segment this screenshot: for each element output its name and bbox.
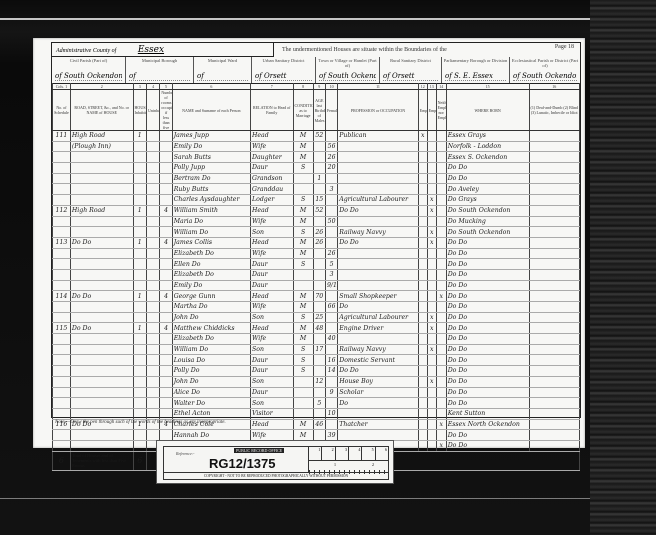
- age-female: 20: [325, 163, 337, 174]
- ruler-label: 4: [349, 447, 362, 460]
- occupation: Domestic Servant: [338, 355, 419, 366]
- census-row: Alice DoDaur9ScholarDo Do: [53, 387, 580, 398]
- district-civil-parish: Civil Parish (Part of)of South Ockendon: [52, 57, 126, 83]
- district-value: of South Ockendon: [319, 72, 376, 81]
- address: [70, 344, 133, 355]
- district-rural-sanitary: Rural Sanitary Districtof Orsett: [380, 57, 442, 83]
- houses-inhabited: 1: [133, 237, 146, 248]
- occupation: Do Do: [338, 205, 419, 216]
- occupation: [338, 334, 419, 345]
- relation: Daur: [251, 366, 294, 377]
- houses-uninhabited: [146, 366, 159, 377]
- houses-uninhabited: [146, 408, 159, 419]
- houses-inhabited: [133, 376, 146, 387]
- infirmity: [529, 259, 579, 270]
- condition: M: [293, 291, 313, 302]
- infirmity: [529, 163, 579, 174]
- address: [70, 280, 133, 291]
- occupation: [338, 280, 419, 291]
- district-municipal-ward: Municipal Wardof: [194, 57, 252, 83]
- address: [70, 440, 133, 451]
- age-male: 46: [313, 419, 325, 430]
- employer-mark: [418, 163, 427, 174]
- relation: Wife: [251, 302, 294, 313]
- condition: M: [293, 152, 313, 163]
- infirmity: [529, 141, 579, 152]
- age-female: 50: [325, 216, 337, 227]
- rooms: [160, 184, 172, 195]
- address: [70, 355, 133, 366]
- age-male: 15: [313, 195, 325, 206]
- neither-mark: [436, 280, 446, 291]
- neither-mark: x: [436, 419, 446, 430]
- occupation: House Boy: [338, 376, 419, 387]
- birthplace: Do Do: [446, 237, 529, 248]
- schedule-number: [53, 152, 71, 163]
- relation: Wife: [251, 216, 294, 227]
- age-female: 40: [325, 334, 337, 345]
- schedule-number: [53, 376, 71, 387]
- relation: Visitor: [251, 408, 294, 419]
- address: [70, 173, 133, 184]
- condition: S: [293, 355, 313, 366]
- age-male: 26: [313, 227, 325, 238]
- census-form: Administrative County of Essex The under…: [51, 42, 581, 418]
- occupation: Agricultural Labourer: [338, 312, 419, 323]
- neither-mark: [436, 323, 446, 334]
- rooms: [160, 195, 172, 206]
- district-row: Civil Parish (Part of)of South Ockendon …: [52, 57, 580, 84]
- condition: M: [293, 302, 313, 313]
- infirmity: [529, 237, 579, 248]
- infirmity: [529, 355, 579, 366]
- infirmity: [529, 366, 579, 377]
- address: [70, 408, 133, 419]
- rooms: [160, 376, 172, 387]
- census-row: Walter DoSon5DoDo Do: [53, 398, 580, 409]
- condition: M: [293, 323, 313, 334]
- houses-inhabited: 1: [133, 291, 146, 302]
- relation: Lodger: [251, 195, 294, 206]
- relation: Wife: [251, 334, 294, 345]
- employed-mark: [427, 163, 436, 174]
- age-female: 3: [325, 269, 337, 280]
- neither-mark: [436, 195, 446, 206]
- infirmity: [529, 205, 579, 216]
- birthplace: Do Do: [446, 291, 529, 302]
- address: [70, 334, 133, 345]
- houses-inhabited: [133, 216, 146, 227]
- neither-mark: [436, 141, 446, 152]
- employer-mark: [418, 344, 427, 355]
- relation: Daur: [251, 163, 294, 174]
- census-row: 113Do Do14James CollisHeadM26Do DoxDo Do: [53, 237, 580, 248]
- address: [70, 227, 133, 238]
- census-row: 112High Road14William SmithHeadM52Do Dox…: [53, 205, 580, 216]
- neither-mark: [436, 163, 446, 174]
- age-male: [313, 259, 325, 270]
- reference-card-frame: Reference:- PUBLIC RECORD OFFICE RG12/13…: [163, 446, 389, 480]
- infirmity: [529, 131, 579, 142]
- infirmity: [529, 408, 579, 419]
- occupation: Small Shopkeeper: [338, 291, 419, 302]
- rooms: [160, 344, 172, 355]
- neither-mark: [436, 131, 446, 142]
- houses-uninhabited: [146, 280, 159, 291]
- infirmity: [529, 398, 579, 409]
- address: [70, 216, 133, 227]
- employed-mark: [427, 248, 436, 259]
- schedule-number: [53, 227, 71, 238]
- census-row: Ellen DoDaurS5Do Do: [53, 259, 580, 270]
- person-name: Polly Do: [172, 366, 250, 377]
- rooms: [160, 398, 172, 409]
- employed-mark: x: [427, 312, 436, 323]
- relation: Head: [251, 205, 294, 216]
- birthplace: Do Do: [446, 173, 529, 184]
- address: [70, 376, 133, 387]
- employer-mark: [418, 440, 427, 451]
- employer-mark: [418, 312, 427, 323]
- houses-inhabited: [133, 387, 146, 398]
- schedule-number: [53, 440, 71, 451]
- infirmity: [529, 302, 579, 313]
- admin-county: Administrative County of Essex: [52, 43, 274, 57]
- neither-mark: [436, 302, 446, 313]
- age-female: 10: [325, 408, 337, 419]
- employer-mark: [418, 366, 427, 377]
- relation: Wife: [251, 141, 294, 152]
- address: [70, 195, 133, 206]
- person-name: Sarah Butts: [172, 152, 250, 163]
- schedule-number: [53, 344, 71, 355]
- person-name: Elizabeth Do: [172, 269, 250, 280]
- census-row: 111High Road1James JuppHeadM52PublicanxE…: [53, 131, 580, 142]
- employed-mark: [427, 440, 436, 451]
- infirmity: [529, 344, 579, 355]
- condition: [293, 173, 313, 184]
- age-male: [313, 163, 325, 174]
- age-male: [313, 408, 325, 419]
- rooms: [160, 408, 172, 419]
- census-row: Elizabeth DoWifeM26Do Do: [53, 248, 580, 259]
- age-male: 70: [313, 291, 325, 302]
- condition: [293, 184, 313, 195]
- employed-mark: [427, 291, 436, 302]
- person-name: Ethel Acton: [172, 408, 250, 419]
- district-value: of: [197, 72, 248, 81]
- neither-mark: x: [436, 291, 446, 302]
- total-schedules: 6: [53, 451, 71, 470]
- relation: Daur: [251, 387, 294, 398]
- district-label: Civil Parish (Part of): [52, 58, 125, 63]
- relation: Son: [251, 398, 294, 409]
- houses-uninhabited: [146, 152, 159, 163]
- rooms: [160, 259, 172, 270]
- condition: M: [293, 237, 313, 248]
- rooms: [160, 269, 172, 280]
- employed-mark: [427, 334, 436, 345]
- employer-mark: [418, 216, 427, 227]
- infirmity: [529, 248, 579, 259]
- houses-inhabited: [133, 227, 146, 238]
- district-value: of South Ockendon: [55, 72, 122, 81]
- schedule-number: 112: [53, 205, 71, 216]
- census-row: Bertram DoGrandson1Do Do: [53, 173, 580, 184]
- occupation: Do: [338, 398, 419, 409]
- column-header: NAME and Surname of each Person: [172, 90, 250, 131]
- census-row: John DoSonS25Agricultural LabourerxDo Do: [53, 312, 580, 323]
- neither-mark: [436, 408, 446, 419]
- employer-mark: [418, 291, 427, 302]
- infirmity: [529, 195, 579, 206]
- ruler-label: 5: [362, 447, 375, 460]
- houses-inhabited: [133, 248, 146, 259]
- census-row: (Plough Inn)Emily DoWifeM56Norfolk - Lod…: [53, 141, 580, 152]
- employed-mark: x: [427, 237, 436, 248]
- relation: Wife: [251, 430, 294, 441]
- occupation: [338, 259, 419, 270]
- employer-mark: [418, 376, 427, 387]
- houses-inhabited: [133, 269, 146, 280]
- employed-mark: [427, 430, 436, 441]
- person-name: William Do: [172, 227, 250, 238]
- birthplace: Do Do: [446, 248, 529, 259]
- condition: M: [293, 334, 313, 345]
- employed-mark: x: [427, 205, 436, 216]
- schedule-number: [53, 366, 71, 377]
- age-male: 17: [313, 344, 325, 355]
- condition: M: [293, 248, 313, 259]
- neither-mark: [436, 237, 446, 248]
- person-name: Ruby Butts: [172, 184, 250, 195]
- neither-mark: [436, 355, 446, 366]
- census-row: William DoSonS26Railway NavvyxDo South O…: [53, 227, 580, 238]
- occupation: [338, 152, 419, 163]
- rooms: [160, 312, 172, 323]
- person-name: James Jupp: [172, 131, 250, 142]
- census-row: Maria DoWifeM50Do Mucking: [53, 216, 580, 227]
- infirmity: [529, 419, 579, 430]
- employer-mark: x: [418, 131, 427, 142]
- column-header: Employer: [418, 90, 427, 131]
- employed-mark: x: [427, 323, 436, 334]
- houses-uninhabited: [146, 302, 159, 313]
- age-male: [313, 248, 325, 259]
- district-label: Municipal Ward: [194, 58, 251, 63]
- houses-uninhabited: [146, 141, 159, 152]
- person-name: Martha Do: [172, 302, 250, 313]
- employer-mark: [418, 302, 427, 313]
- age-female: [325, 131, 337, 142]
- relation: Daur: [251, 355, 294, 366]
- district-label: Parliamentary Borough or Division: [442, 58, 509, 63]
- employed-mark: [427, 398, 436, 409]
- birthplace: Norfolk - Loddon: [446, 141, 529, 152]
- census-row: 114Do Do14George GunnHeadM70Small Shopke…: [53, 291, 580, 302]
- birthplace: Do Do: [446, 312, 529, 323]
- rooms: [160, 227, 172, 238]
- infirmity: [529, 376, 579, 387]
- employer-mark: [418, 280, 427, 291]
- person-name: Polly Jupp: [172, 163, 250, 174]
- employer-mark: [418, 430, 427, 441]
- infirmity: [529, 323, 579, 334]
- age-male: 5: [313, 398, 325, 409]
- condition: S: [293, 195, 313, 206]
- houses-uninhabited: [146, 323, 159, 334]
- address: [70, 398, 133, 409]
- birthplace: Do Do: [446, 344, 529, 355]
- houses-inhabited: [133, 173, 146, 184]
- census-row: Sarah ButtsDaughterM26Essex S. Ockendon: [53, 152, 580, 163]
- census-row: Martha DoWifeM66DoDo Do: [53, 302, 580, 313]
- infirmity: [529, 291, 579, 302]
- employer-mark: [418, 323, 427, 334]
- person-name: Ellen Do: [172, 259, 250, 270]
- employed-mark: [427, 302, 436, 313]
- neither-mark: [436, 376, 446, 387]
- infirmity: [529, 227, 579, 238]
- houses-inhabited: 1: [133, 205, 146, 216]
- address: [70, 259, 133, 270]
- district-parliamentary: Parliamentary Borough or Divisionof S. E…: [442, 57, 510, 83]
- address: (Plough Inn): [70, 141, 133, 152]
- birthplace: Do Do: [446, 440, 529, 451]
- census-table: Cols. 12345678910111213141516 No. of Sch…: [52, 83, 580, 471]
- column-header: WHERE BORN: [446, 90, 529, 131]
- condition: S: [293, 163, 313, 174]
- condition: M: [293, 430, 313, 441]
- houses-uninhabited: [146, 131, 159, 142]
- district-value: of South Ockendon: [513, 72, 577, 81]
- condition: [293, 387, 313, 398]
- census-row: Ethel ActonVisitor10Kent Sutton: [53, 408, 580, 419]
- houses-uninhabited: [146, 312, 159, 323]
- ruler-cm-scale: 123456: [309, 447, 389, 461]
- rooms: 4: [160, 323, 172, 334]
- census-row: Charles AysdaughterLodgerS15Agricultural…: [53, 195, 580, 206]
- reference-number: RG12/1375: [209, 456, 276, 471]
- person-name: Hannah Do: [172, 430, 250, 441]
- neither-mark: x: [436, 440, 446, 451]
- column-header: (1) Deaf-and-Dumb (2) Blind (3) Lunatic,…: [529, 90, 579, 131]
- houses-inhabited: [133, 398, 146, 409]
- condition: [293, 398, 313, 409]
- employer-mark: [418, 419, 427, 430]
- employer-mark: [418, 398, 427, 409]
- schedule-number: [53, 269, 71, 280]
- relation: Daur: [251, 269, 294, 280]
- person-name: Maria Do: [172, 216, 250, 227]
- houses-uninhabited: [146, 227, 159, 238]
- ruler-label: 1: [334, 462, 336, 467]
- age-male: 52: [313, 131, 325, 142]
- relation: Grandson: [251, 173, 294, 184]
- houses-inhabited: [133, 408, 146, 419]
- column-header: Uninhabited: [146, 90, 159, 131]
- ruler-label: 2: [322, 447, 335, 460]
- age-male: [313, 355, 325, 366]
- infirmity: [529, 430, 579, 441]
- neither-mark: [436, 430, 446, 441]
- person-name: Matthew Chiddicks: [172, 323, 250, 334]
- houses-inhabited: [133, 259, 146, 270]
- district-label: Municipal Borough: [126, 58, 193, 63]
- neither-mark: [436, 344, 446, 355]
- employer-mark: [418, 227, 427, 238]
- address: [70, 302, 133, 313]
- employer-mark: [418, 173, 427, 184]
- employed-mark: x: [427, 344, 436, 355]
- employed-mark: [427, 216, 436, 227]
- age-male: [313, 280, 325, 291]
- employer-mark: [418, 408, 427, 419]
- ruler-label: 1: [309, 447, 322, 460]
- birthplace: Do Do: [446, 355, 529, 366]
- occupation: Do Do: [338, 237, 419, 248]
- person-name: James Collis: [172, 237, 250, 248]
- schedule-number: [53, 398, 71, 409]
- employed-mark: [427, 259, 436, 270]
- age-female: 56: [325, 141, 337, 152]
- employed-mark: [427, 131, 436, 142]
- occupation: Do Do: [338, 366, 419, 377]
- age-male: [313, 387, 325, 398]
- birthplace: Do Do: [446, 387, 529, 398]
- address: [70, 269, 133, 280]
- age-female: [325, 398, 337, 409]
- admin-county-label: Administrative County of: [56, 48, 116, 54]
- rooms: [160, 216, 172, 227]
- census-row: Ruby ButtsGranddau3Do Aveley: [53, 184, 580, 195]
- schedule-number: [53, 280, 71, 291]
- page-number: Page 18: [555, 44, 574, 50]
- houses-uninhabited: [146, 163, 159, 174]
- infirmity: [529, 173, 579, 184]
- birthplace: Do Do: [446, 323, 529, 334]
- houses-inhabited: [133, 195, 146, 206]
- condition: M: [293, 205, 313, 216]
- condition: S: [293, 366, 313, 377]
- houses-uninhabited: [146, 387, 159, 398]
- condition: [293, 280, 313, 291]
- houses-uninhabited: [146, 195, 159, 206]
- column-header: Neither Employer nor Employed: [436, 90, 446, 131]
- employed-mark: [427, 419, 436, 430]
- schedule-number: [53, 302, 71, 313]
- schedule-number: [53, 387, 71, 398]
- age-male: [313, 216, 325, 227]
- rooms: [160, 163, 172, 174]
- employed-mark: x: [427, 195, 436, 206]
- neither-mark: [436, 216, 446, 227]
- infirmity: [529, 184, 579, 195]
- birthplace: Do Do: [446, 302, 529, 313]
- houses-uninhabited: [146, 430, 159, 441]
- relation: Son: [251, 227, 294, 238]
- address: Do Do: [70, 323, 133, 334]
- age-male: 52: [313, 205, 325, 216]
- age-female: [325, 237, 337, 248]
- column-header: Females: [325, 90, 337, 131]
- address: [70, 387, 133, 398]
- ruler-label: 3: [336, 447, 349, 460]
- scan-artifact-line: [0, 498, 656, 499]
- condition: M: [293, 419, 313, 430]
- condition: [293, 408, 313, 419]
- age-female: [325, 376, 337, 387]
